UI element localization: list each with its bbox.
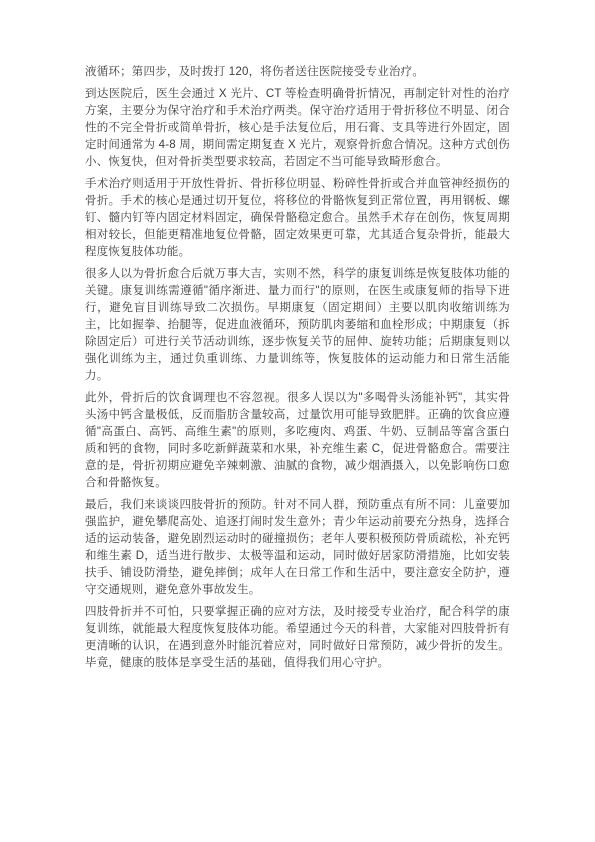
paragraph-4: 很多人以为骨折愈合后就万事大吉，实则不然，科学的康复训练是恢复肢体功能的关键。康… xyxy=(85,266,510,385)
paragraph-3: 手术治疗则适用于开放性骨折、骨折移位明显、粉碎性骨折或合并血管神经损伤的骨折。手… xyxy=(85,176,510,261)
paragraph-6: 最后，我们来谈谈四肢骨折的预防。针对不同人群，预防重点有所不同：儿童要加强监护，… xyxy=(85,497,510,599)
paragraph-2: 到达医院后，医生会通过 X 光片、CT 等检查明确骨折情况，再制定针对性的治疗方… xyxy=(85,86,510,171)
paragraph-5: 此外，骨折后的饮食调理也不容忽视。很多人误以为"多喝骨头汤能补钙"，其实骨头汤中… xyxy=(85,390,510,492)
document-page: 液循环；第四步，及时拨打 120，将伤者送往医院接受专业治疗。 到达医院后，医生… xyxy=(0,0,595,842)
paragraph-7: 四肢骨折并不可怕，只要掌握正确的应对方法，及时接受专业治疗，配合科学的康复训练，… xyxy=(85,604,510,672)
document-body: 液循环；第四步，及时拨打 120，将伤者送往医院接受专业治疗。 到达医院后，医生… xyxy=(85,64,510,672)
paragraph-1: 液循环；第四步，及时拨打 120，将伤者送往医院接受专业治疗。 xyxy=(85,64,510,81)
